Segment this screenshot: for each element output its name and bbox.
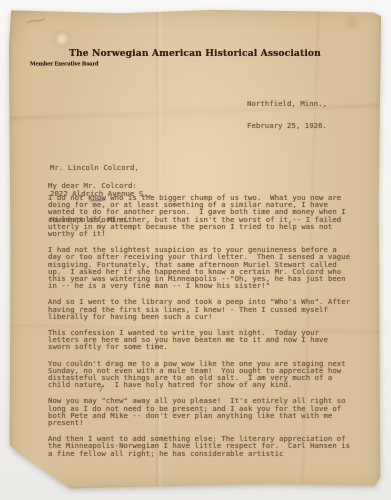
letter-paper: ~ The Norwegian American Historical Asso… (9, 8, 381, 489)
letter-body: I do not know who is the bigger chump of… (48, 194, 351, 466)
paragraph-6: Now you may "chew" away all you please! … (48, 397, 351, 426)
letter-photo: ~ The Norwegian American Historical Asso… (0, 0, 391, 500)
letterhead-title: The Norwegian American Historical Associ… (69, 48, 321, 59)
letterhead-member-line: Member Executive Board (30, 61, 98, 67)
letterhead: The Norwegian American Historical Associ… (9, 41, 381, 60)
recipient-name: Mr. Lincoln Colcord, (50, 164, 152, 173)
dateline-city: Northfield, Minn., (247, 100, 327, 107)
pencil-squiggle-annotation: ~ (23, 12, 49, 31)
paragraph-3: And so I went to the library and took a … (48, 298, 351, 320)
dateline-date: February 25, 1926. (247, 122, 327, 129)
paragraph-4: This confession I wanted to write you la… (48, 329, 351, 351)
salutation: My dear Mr. Colcord: (48, 182, 137, 189)
dateline: Northfield, Minn., February 25, 1926. (247, 86, 327, 144)
ink-correction-annotation: ~ (87, 195, 108, 207)
paragraph-5: You couldn't drag me to a pow wow like t… (48, 360, 351, 389)
paper-shadow: ~ The Norwegian American Historical Asso… (0, 0, 391, 500)
paragraph-7: And then I want to add something else: T… (48, 435, 351, 457)
corner-smudge (341, 14, 363, 30)
paragraph-2: I had not the slightest suspicion as to … (48, 246, 351, 289)
